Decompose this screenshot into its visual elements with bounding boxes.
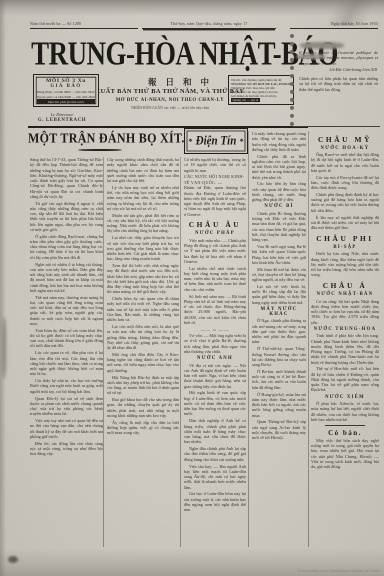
- subsection-heading: NƯỚC TRUNG-HOA: [311, 327, 379, 332]
- body-paragraph: Lý do bọn này sinh nở ra nhiều như thế, …: [107, 185, 179, 211]
- ad-heading: Có bán.: [311, 429, 379, 437]
- body-paragraph: Lúc các quan ra về, dân phu còn ở lại là…: [30, 350, 103, 376]
- body-paragraph: Dân thất nghiệp ở Anh kể có hàng triệu, …: [184, 418, 246, 444]
- paper-stain: [2, 318, 6, 378]
- column-divider: [103, 157, 104, 547]
- item-separator: —— o ——: [184, 327, 246, 332]
- price-row: Đông-Pháp: cả năm 6$00 — nửa năm 3$20: [37, 90, 95, 94]
- body-paragraph: Từ giờ các ngả đường ở ngoại ô, chỗ nào …: [30, 201, 103, 233]
- masthead: TRUNG-HÒA NHẬT-BÁO: [28, 34, 292, 74]
- contact-notice-box: Tin tức, văn chương, ngân phiếu xin đề: …: [228, 75, 294, 105]
- price-box: MỖI SỐ 3 Xu GIÁ BÁO Đông-Pháp: cả năm 6$…: [33, 74, 99, 107]
- telegram-section-label: Điện Tín: [196, 134, 237, 147]
- subsection-heading: NƯỚC ANH: [184, 356, 246, 361]
- subsection-heading: NƯỚC PHÁP: [184, 231, 246, 236]
- body-paragraph: Mỏ than đã mở lại được vài sở, thợ chuyế…: [252, 267, 306, 283]
- ornament-icon: ❖: [239, 138, 243, 144]
- body-paragraph: Ít lâu nay số người thất nghiệp đã sút đ…: [311, 215, 379, 231]
- body-paragraph: Đến tối, các đống lửa còn cháy sáng rực …: [30, 441, 103, 457]
- article-column-1: Sáng thứ ba 13-7-33, quan Thống-sứ Bắc-k…: [30, 157, 103, 547]
- ink-smudge: [296, 54, 326, 59]
- body-paragraph: Các báo bên ấy bàn rằng việc này quan hệ…: [252, 181, 306, 202]
- body-paragraph: Hội Nông-hội Bắc-kỳ định in một tập sách…: [107, 375, 179, 396]
- price-box-subtitle: GIÁ BÁO: [37, 84, 95, 89]
- body-paragraph: Cả mấy tỉnh chung quanh cũng náo động về…: [252, 131, 306, 152]
- quote-rule: [292, 126, 380, 127]
- body-paragraph: Tình hình ở phía bắc vẫn lộn tung. Chánh…: [311, 333, 379, 365]
- column-divider: [248, 131, 249, 547]
- divider-rule: [325, 425, 364, 426]
- column-divider: [180, 157, 181, 547]
- body-paragraph: Thế mà năm nay, thương mùa màng bị hại, …: [30, 295, 103, 327]
- ink-smudge: [300, 42, 344, 49]
- telegram-column-belgium-others: Cả mấy tỉnh chung quanh cũng náo động về…: [252, 131, 306, 547]
- body-paragraph: Vơ vẩn. — Một ông nghị viên bị xe ô-tô c…: [184, 333, 246, 354]
- body-paragraph: Quan Đốc-lý lại sai sở vệ sinh đem thuốc…: [30, 396, 103, 417]
- price-row-notice: Mua báo phải giả tiền trước: [37, 99, 95, 104]
- body-paragraph: Khâm sứ Đức, quan thượng thơ thuộc địa Đ…: [184, 185, 246, 217]
- body-paragraph: Ở Thổ-nhĩ-kỳ, quan Tổng-thống Kemal đươn…: [252, 346, 306, 367]
- subsection-heading: MẤY NƯỚC KHÁC: [252, 307, 306, 317]
- ink-spot: [8, 556, 18, 563]
- body-paragraph: Về địa vị nội các ngày. — Nội các Anh đã…: [184, 363, 246, 389]
- masthead-rule: [28, 126, 308, 128]
- body-paragraph: Lại nhờ các thầy giáo khuyên học trò về …: [107, 235, 179, 261]
- body-paragraph: Chiều hôm ấy các quan còn đi thăm mấy nơ…: [107, 296, 179, 322]
- masthead-note: NHẬN BÀN-LUẬN các việc — ai ký tên nấy c…: [95, 106, 245, 110]
- scan-edge-shadow: [0, 0, 6, 576]
- body-paragraph: Lại nói về việc binh bị, nước Bỉ cũng sắ…: [252, 284, 306, 305]
- body-paragraph: Việc này tuy nhỏ mà có quan hệ đến sự no…: [30, 418, 103, 439]
- telegram-section-box: ❖ Điện Tín ❖: [184, 128, 248, 154]
- newspaper-page: { "page": { "dateline": { "left": "Năm t…: [0, 0, 384, 576]
- body-paragraph: Có nhiều người bị thương, trong ấy có 18…: [184, 157, 246, 173]
- body-paragraph: Chính phủ Bỉ đang thương lượng với Đức v…: [252, 211, 306, 243]
- column-divider: [308, 131, 309, 547]
- article-column-2: Cấy xong những cánh đồng thất mạnh, ba m…: [107, 157, 179, 547]
- body-paragraph: Có tin rằng: bộ hải quân Nhật đang định …: [311, 299, 379, 325]
- director-name: G. LEBENTRACH: [33, 118, 91, 123]
- dateline-gregorian-date: Ngày thứ bảy 10 Juin 1933: [290, 22, 378, 29]
- telegram-column-europe: Có nhiều người bị thương, trong ấy có 18…: [184, 157, 246, 547]
- body-paragraph: Chính phủ đã ra lệnh nghiêm cấm các cuộc…: [252, 154, 306, 180]
- body-paragraph: Việc tàu bay. — Hai người Anh bay liền m…: [184, 464, 246, 490]
- price-row: Ngoại-quốc: cả năm 8$00 — nửa năm 4$50: [37, 95, 95, 99]
- body-paragraph: Một ông chủ đồn điền Tây ở Kim-bảng nghe…: [107, 352, 179, 373]
- quote-attribution: Lời Đức Giáo-hoàng Léon XIII: [299, 68, 377, 72]
- subsection-heading: NƯỚC HOA-KỲ: [311, 146, 379, 151]
- body-paragraph: Lại còn một điều nên nói, là nhà quê ta …: [107, 324, 179, 350]
- director-label: Le Directeur: [33, 112, 91, 117]
- body-paragraph: Ở Nga, chánh phủ đương ra sức mở mang cá…: [252, 318, 306, 344]
- body-paragraph: Xem thế thì biết việc nhà nông ngày nay …: [107, 263, 179, 295]
- body-paragraph: Số lính mộ năm nay. — Bộ binh Pháp vừa k…: [184, 294, 246, 326]
- main-headline: MỘT TRẬN ĐÁNH BỌ XÍT.: [28, 130, 178, 147]
- body-paragraph: Muốn trừ tận gốc, phải đốt hết rơm rạ cũ…: [107, 213, 179, 234]
- price-per-issue: MỖI SỐ 3 Xu: [37, 78, 95, 84]
- body-paragraph: Sáng thứ ba 13-7-33, quan Thống-sứ Bắc-k…: [30, 157, 103, 199]
- body-paragraph: Cấy xong những cánh đồng thất mạnh, ba m…: [107, 157, 179, 183]
- body-paragraph: Dưới hạ lưu sông Nile, nhà nước đang khở…: [311, 251, 379, 277]
- notice-line-ads: Quảng cáo — giá rẻ: [231, 98, 260, 102]
- dateline-lunar-date: Thứ-bảy, năm Quý-dậu, tháng năm, ngày 17: [142, 22, 276, 29]
- body-paragraph: Trưa hôm ấy, đếm sổ các toán khai lên, t…: [30, 328, 103, 349]
- body-paragraph: Các thầy ký nhà in, các học trò trường B…: [30, 378, 103, 394]
- body-paragraph: Việc mất mùa nho. — Chính phủ Pháp đã đồ…: [184, 238, 246, 264]
- body-paragraph: Thế sự ở Hoa-bắc mới rõ: hai bên đã ký t…: [311, 366, 379, 392]
- body-paragraph: Chính phủ đang định đánh ký tệ bạc xuống…: [311, 192, 379, 213]
- section-heading: CHÂU MỸ: [311, 135, 379, 144]
- body-paragraph: Hội nghị kinh tế vạn quốc sắp họp ở Luân…: [184, 390, 246, 416]
- body-paragraph: Lại nhiều chỗ nhà chức trách hay biết rằ…: [184, 266, 246, 292]
- subsection-heading: NƯỚC XIÊM: [311, 395, 379, 400]
- body-paragraph: Ở Ba-lan, mới khánh thành một cái cảng t…: [252, 369, 306, 390]
- dateline-issue: Năm thứ mười ba — Số 1280: [30, 22, 138, 29]
- subsection-heading: NƯỚC BỈ: [252, 204, 306, 209]
- subsection-heading: BI-SẬP: [311, 245, 379, 250]
- body-paragraph: Ở phía bắc Xiêm-la, vì nước lụt, mùa màn…: [311, 401, 379, 422]
- quote-vietnamese: Chính phủ có bổn phận lại quan tâm những…: [299, 76, 378, 92]
- headline-ornament: [78, 149, 122, 151]
- body-paragraph: Ông Ruzơ-ve mới nhờ đại hội đồng kỳ đi d…: [311, 152, 379, 173]
- subsection-heading: NƯỚC NHẬT-BẢN: [311, 292, 379, 297]
- body-paragraph: Các tay mỏ ở Pen-sylvanie đã trở lại làm…: [311, 175, 379, 191]
- body-paragraph: Quan Thống-sứ Bắc-kỳ sắp sửa ngự sang Ai…: [252, 419, 306, 440]
- body-paragraph: Vua Bỉ mới ngự sang Ba-lê hội kiến với q…: [252, 244, 306, 265]
- body-paragraph: Mấy việc thứ bổn sách dạy nghề ruộng mới…: [311, 438, 379, 470]
- body-paragraph: Bao giờ khoa học đã vào sâu trong dân gi…: [107, 397, 179, 418]
- director-block: Le Directeur G. LEBENTRACH: [33, 112, 91, 123]
- body-paragraph: Ở giữa cánh đồng Bạch-mai, chừng ba trăm…: [30, 234, 103, 260]
- telegram-column-america-asia: CHÂU MỸNƯỚC HOA-KỲÔng Ruzơ-ve mới nhờ đạ…: [311, 131, 379, 547]
- body-paragraph: Nghe nói có nhiều ổ to bằng cái thúng, c…: [30, 262, 103, 294]
- gallica-watermark: Source gallica.bnf.fr / Bibliothèque nat…: [150, 569, 380, 573]
- item-dateline: CÁC NƯỚC HỘI NGHỊ KINH-TẾ VẠN-QUỐC. —: [184, 174, 246, 185]
- section-heading: CHÂU Á: [311, 281, 379, 290]
- body-paragraph: Giá bạc ở Luân-đôn hôm nay lại sút xuống…: [184, 491, 246, 512]
- body-paragraph: Nghe đâu chánh phủ Anh lại sắp cho đúc t…: [184, 446, 246, 462]
- body-paragraph: Ở Hung-gia-lợi, mùa lúa mì năm nay được …: [252, 392, 306, 418]
- body-paragraph: Ấy cũng là một dịp cho dân ta biết đường…: [107, 420, 179, 436]
- ornament-icon: ❖: [188, 138, 192, 144]
- section-heading: CHÂU PHI: [311, 234, 379, 243]
- section-heading: CHÂU ÂU: [184, 220, 246, 229]
